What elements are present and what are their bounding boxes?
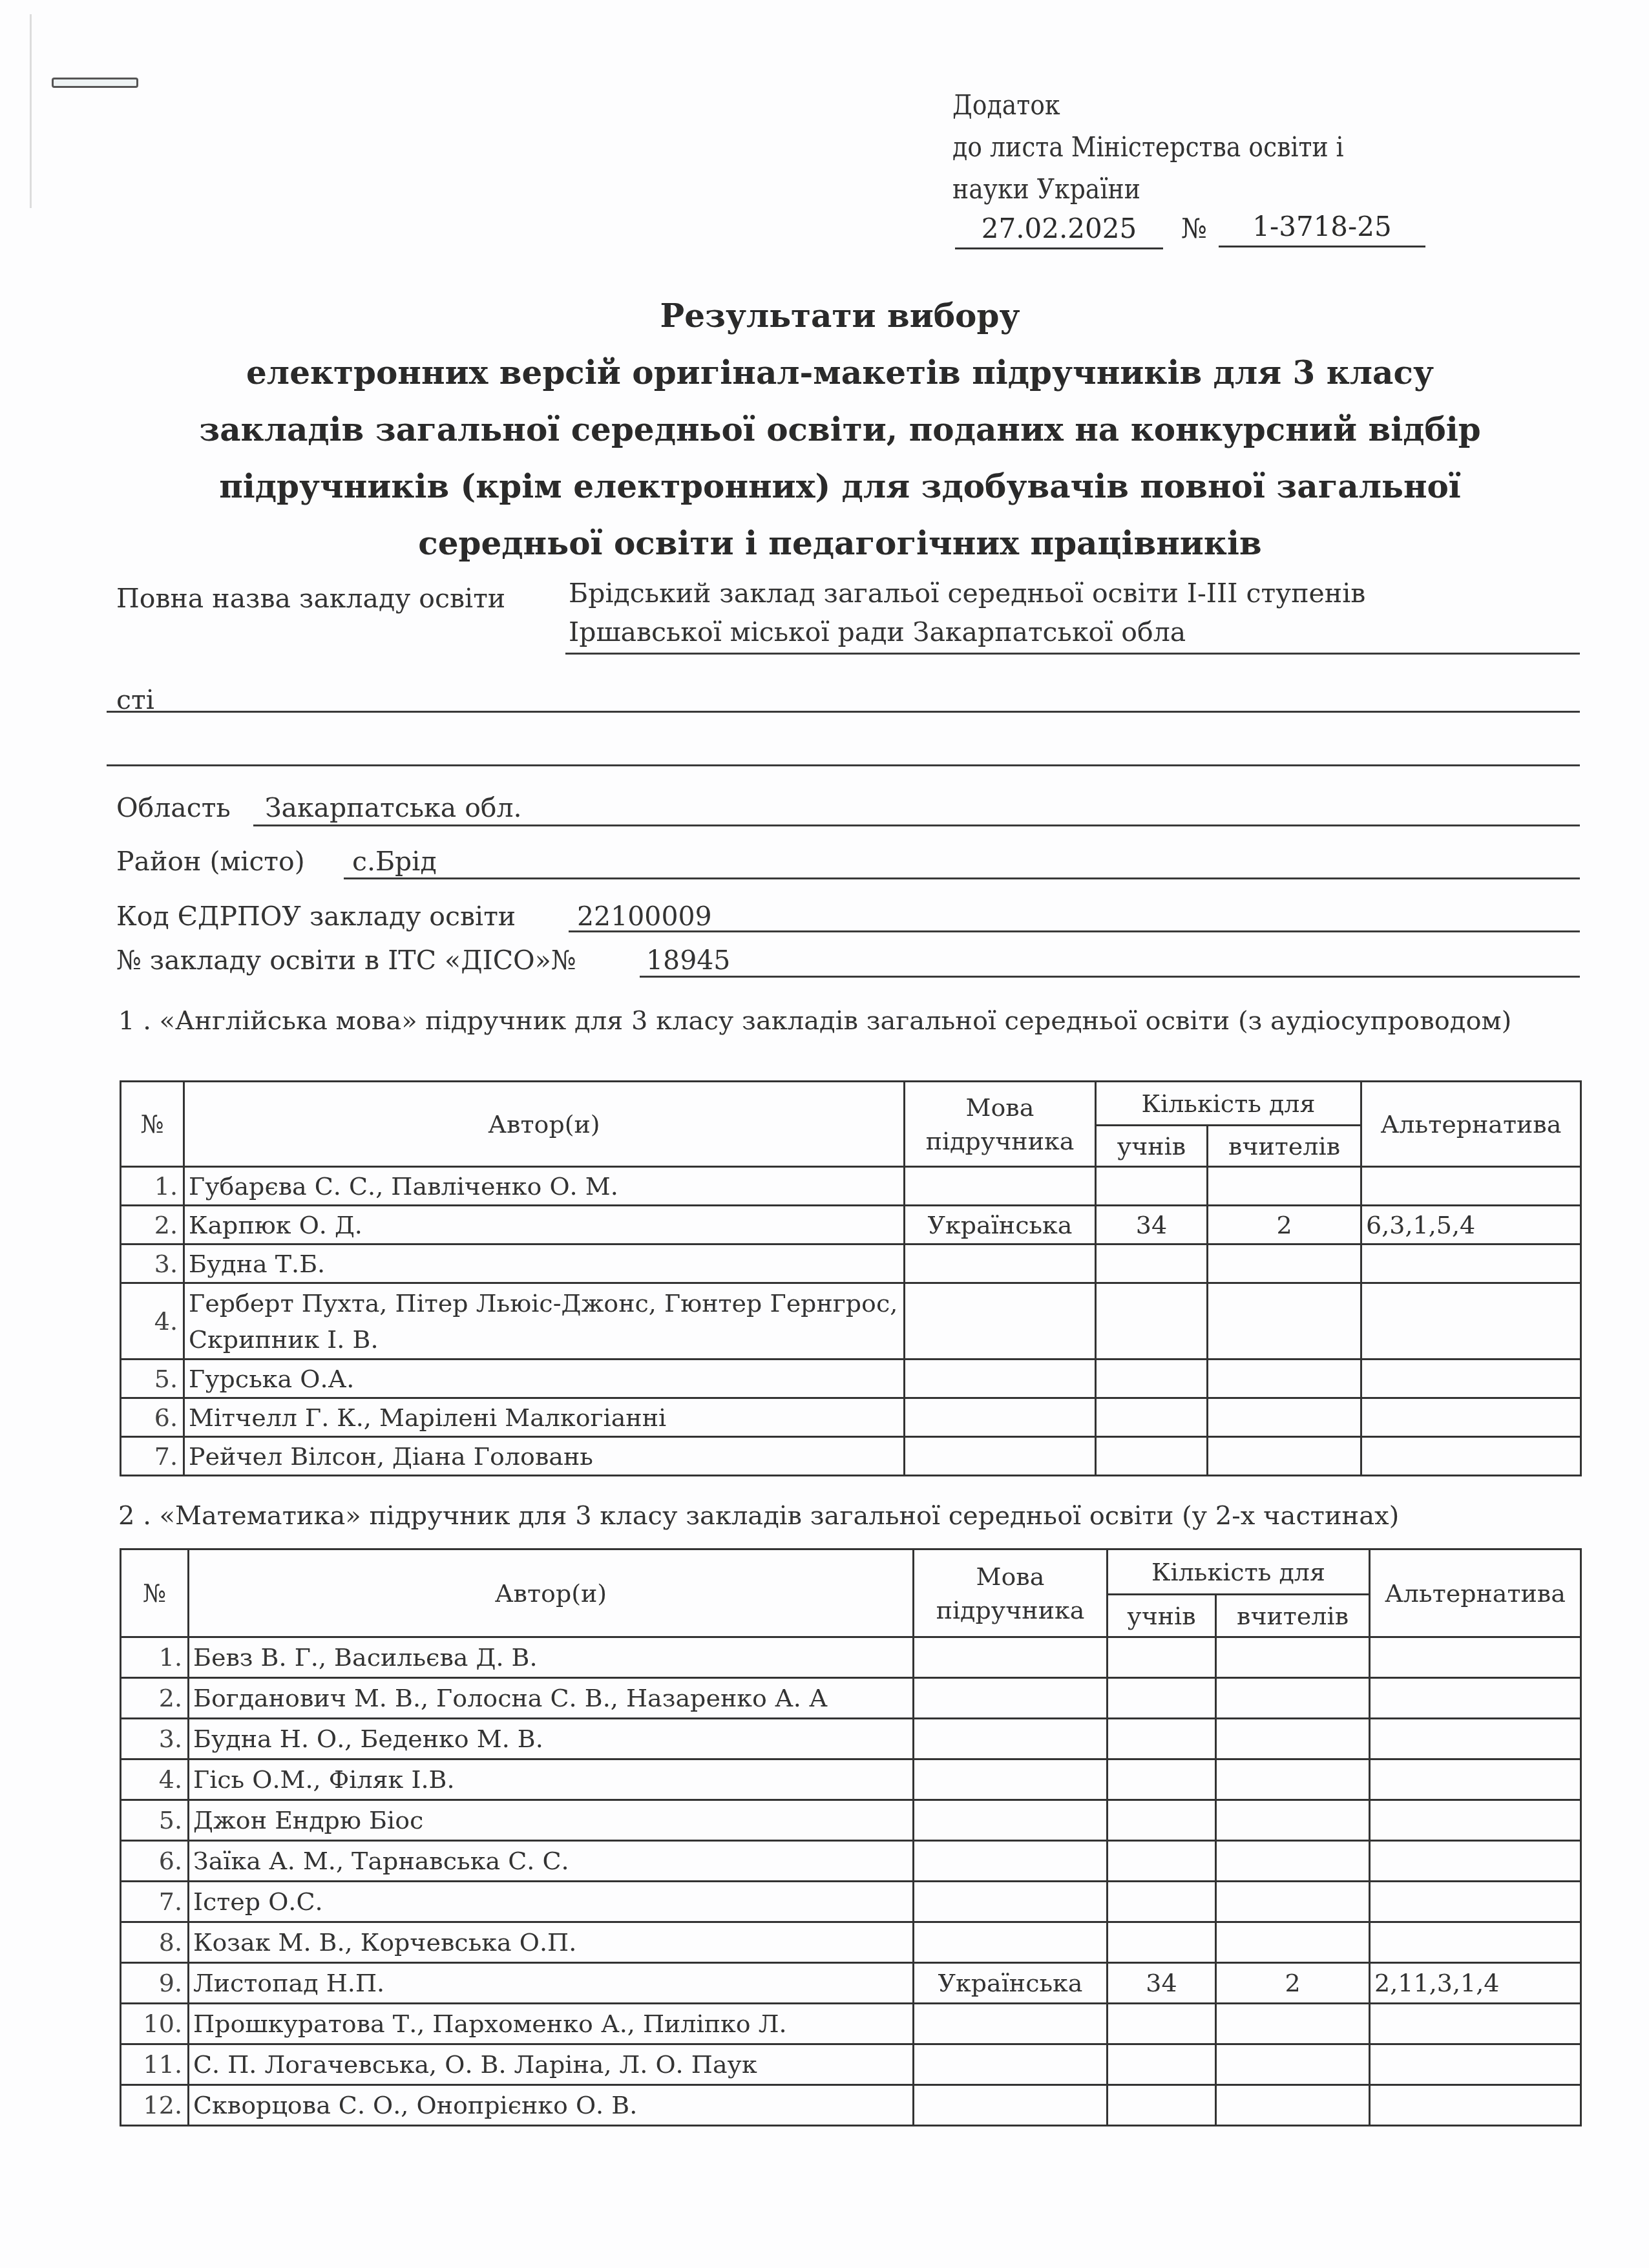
col-header-author: Автор(и): [184, 1082, 905, 1167]
teachers-count-cell: [1216, 2085, 1370, 2126]
col-header-num: №: [121, 1082, 184, 1167]
row-number: 5.: [121, 1800, 189, 1841]
teachers-count-cell: [1216, 1759, 1370, 1800]
row-number: 12.: [121, 2085, 189, 2126]
row-number: 1.: [121, 1167, 184, 1206]
alternative-cell: [1370, 1800, 1581, 1841]
addendum-line: Додаток: [952, 84, 1344, 126]
region-label: Область: [116, 790, 231, 826]
students-count-cell: [1108, 1800, 1216, 1841]
students-count-cell: [1108, 2004, 1216, 2044]
students-count-cell: [1096, 1437, 1208, 1476]
teachers-count-cell: [1208, 1360, 1361, 1398]
teachers-count-cell: [1216, 1841, 1370, 1882]
students-count-cell: [1108, 1719, 1216, 1759]
author-cell: Будна Н. О., Беденко М. В.: [189, 1719, 914, 1759]
language-cell: [914, 1678, 1108, 1719]
diso-label: № закладу освіти в ІТС «ДІСО»№: [116, 942, 576, 978]
row-number: 1.: [121, 1637, 189, 1678]
district-label: Район (місто): [116, 843, 305, 879]
underline: [640, 976, 1580, 978]
table-row: 2.Богданович М. В., Голосна С. В., Назар…: [121, 1678, 1581, 1719]
alternative-cell: [1370, 1637, 1581, 1678]
edrpou-value: 22100009: [577, 898, 712, 934]
underline: [344, 877, 1580, 879]
alternative-cell: [1361, 1360, 1581, 1398]
author-cell: Герберт Пухта, Пітер Льюіс-Джонс, Гюнтер…: [184, 1283, 905, 1360]
author-cell: Скворцова С. О., Онопрієнко О. В.: [189, 2085, 914, 2126]
author-cell: Листопад Н.П.: [189, 1963, 914, 2004]
alternative-cell: [1370, 1841, 1581, 1882]
table-row: 9.Листопад Н.П.Українська3422,11,3,1,4: [121, 1963, 1581, 2004]
language-cell: [905, 1398, 1096, 1437]
col-header-quantity: Кількість для: [1096, 1082, 1361, 1126]
language-cell: [914, 1637, 1108, 1678]
region-value: Закарпатська обл.: [265, 790, 522, 826]
col-header-num: №: [121, 1549, 189, 1637]
language-cell: [914, 1800, 1108, 1841]
author-cell: Карпюк О. Д.: [184, 1206, 905, 1244]
language-cell: [905, 1360, 1096, 1398]
col-header-teachers: вчителів: [1208, 1126, 1361, 1167]
edrpou-label: Код ЄДРПОУ закладу освіти: [116, 898, 516, 934]
col-header-alternative: Альтернатива: [1370, 1549, 1581, 1637]
col-header-language: Мова підручника: [914, 1549, 1108, 1637]
addendum-block: Додаток до листа Міністерства освіти і н…: [952, 84, 1344, 210]
teachers-count-cell: [1208, 1167, 1361, 1206]
alternative-cell: [1370, 1882, 1581, 1922]
row-number: 4.: [121, 1283, 184, 1360]
alternative-cell: [1370, 1719, 1581, 1759]
alternative-cell: [1370, 2004, 1581, 2044]
col-header-author: Автор(и): [189, 1549, 914, 1637]
letter-number: 1-3718-25: [1219, 208, 1425, 247]
teachers-count-cell: [1216, 2004, 1370, 2044]
alternative-cell: [1370, 2085, 1581, 2126]
author-cell: Джон Ендрю Біос: [189, 1800, 914, 1841]
teachers-count-cell: [1216, 1922, 1370, 1963]
author-cell: Рейчел Вілсон, Діана Головань: [184, 1437, 905, 1476]
full-name-label: Повна назва закладу освіти: [116, 580, 505, 616]
students-count-cell: [1096, 1360, 1208, 1398]
students-count-cell: [1096, 1167, 1208, 1206]
table-row: 10.Прошкуратова Т., Пархоменко А., Пиліп…: [121, 2004, 1581, 2044]
students-count-cell: 34: [1108, 1963, 1216, 2004]
underline: [565, 653, 1580, 655]
row-number: 11.: [121, 2044, 189, 2085]
col-header-students: учнів: [1108, 1595, 1216, 1637]
district-value: с.Брід: [352, 843, 437, 879]
section-1-caption: 1 . «Англійська мова» підручник для 3 кл…: [118, 1003, 1579, 1039]
students-count-cell: [1108, 1637, 1216, 1678]
row-number: 5.: [121, 1360, 184, 1398]
row-number: 7.: [121, 1437, 184, 1476]
staple-mark: [52, 78, 138, 88]
language-cell: [914, 2044, 1108, 2085]
students-count-cell: 34: [1096, 1206, 1208, 1244]
alternative-cell: 2,11,3,1,4: [1370, 1963, 1581, 2004]
teachers-count-cell: [1208, 1244, 1361, 1283]
table-row: 2.Карпюк О. Д.Українська3426,3,1,5,4: [121, 1206, 1581, 1244]
table-row: 5.Джон Ендрю Біос: [121, 1800, 1581, 1841]
table-row: 3.Будна Н. О., Беденко М. В.: [121, 1719, 1581, 1759]
author-cell: С. П. Логачевська, О. В. Ларіна, Л. О. П…: [189, 2044, 914, 2085]
addendum-line: науки України: [952, 168, 1344, 210]
language-cell: [914, 1882, 1108, 1922]
table-row: 3.Будна Т.Б.: [121, 1244, 1581, 1283]
alternative-cell: [1370, 1678, 1581, 1719]
table-row: 1.Губарєва С. С., Павліченко О. М.: [121, 1167, 1581, 1206]
students-count-cell: [1108, 1841, 1216, 1882]
col-header-students: учнів: [1096, 1126, 1208, 1167]
alternative-cell: [1361, 1167, 1581, 1206]
alternative-cell: [1361, 1398, 1581, 1437]
teachers-count-cell: [1216, 1637, 1370, 1678]
page-edge: [30, 14, 32, 208]
table-row: 4.Герберт Пухта, Пітер Льюіс-Джонс, Гюнт…: [121, 1283, 1581, 1360]
language-cell: [905, 1167, 1096, 1206]
row-number: 10.: [121, 2004, 189, 2044]
document-title: Результати вибору електронних версій ори…: [103, 288, 1577, 572]
language-cell: [914, 1759, 1108, 1800]
underline: [107, 764, 1580, 766]
language-cell: [914, 1922, 1108, 1963]
teachers-count-cell: [1216, 1800, 1370, 1841]
row-number: 3.: [121, 1719, 189, 1759]
underline: [107, 711, 1580, 713]
author-cell: Гурська О.А.: [184, 1360, 905, 1398]
teachers-count-cell: [1208, 1398, 1361, 1437]
teachers-count-cell: [1216, 1882, 1370, 1922]
row-number: 4.: [121, 1759, 189, 1800]
students-count-cell: [1096, 1244, 1208, 1283]
title-line: закладів загальної середньої освіти, под…: [103, 401, 1577, 458]
teachers-count-cell: 2: [1216, 1963, 1370, 2004]
author-cell: Гісь О.М., Філяк І.В.: [189, 1759, 914, 1800]
row-number: 7.: [121, 1882, 189, 1922]
students-count-cell: [1108, 1922, 1216, 1963]
table-row: 6.Мітчелл Г. К., Марілені Малкогіанні: [121, 1398, 1581, 1437]
row-number: 6.: [121, 1398, 184, 1437]
full-name-line2: Іршавської міської ради Закарпатської об…: [569, 614, 1186, 650]
teachers-count-cell: [1216, 1678, 1370, 1719]
underline: [569, 930, 1580, 932]
language-cell: [905, 1244, 1096, 1283]
teachers-count-cell: [1216, 2044, 1370, 2085]
author-cell: Богданович М. В., Голосна С. В., Назарен…: [189, 1678, 914, 1719]
language-cell: [914, 2085, 1108, 2126]
alternative-cell: 6,3,1,5,4: [1361, 1206, 1581, 1244]
students-count-cell: [1096, 1398, 1208, 1437]
alternative-cell: [1361, 1437, 1581, 1476]
students-count-cell: [1108, 1759, 1216, 1800]
author-cell: Будна Т.Б.: [184, 1244, 905, 1283]
table-row: 11.С. П. Логачевська, О. В. Ларіна, Л. О…: [121, 2044, 1581, 2085]
row-number: 9.: [121, 1963, 189, 2004]
author-cell: Мітчелл Г. К., Марілені Малкогіанні: [184, 1398, 905, 1437]
table-row: 1.Бевз В. Г., Васильєва Д. В.: [121, 1637, 1581, 1678]
addendum-line: до листа Міністерства освіти і: [952, 126, 1344, 168]
row-number: 3.: [121, 1244, 184, 1283]
language-cell: [914, 1719, 1108, 1759]
teachers-count-cell: [1216, 1719, 1370, 1759]
language-cell: [905, 1437, 1096, 1476]
author-cell: Бевз В. Г., Васильєва Д. В.: [189, 1637, 914, 1678]
table-row: 5.Гурська О.А.: [121, 1360, 1581, 1398]
table-row: 4.Гісь О.М., Філяк І.В.: [121, 1759, 1581, 1800]
author-cell: Заїка А. М., Тарнавська С. С.: [189, 1841, 914, 1882]
diso-value: 18945: [646, 942, 730, 978]
table-row: 6.Заїка А. М., Тарнавська С. С.: [121, 1841, 1581, 1882]
students-count-cell: [1108, 1882, 1216, 1922]
alternative-cell: [1370, 2044, 1581, 2085]
full-name-line1: Брідський заклад загальої середньої осві…: [569, 575, 1365, 611]
table-row: 7.Істер О.С.: [121, 1882, 1581, 1922]
alternative-cell: [1361, 1283, 1581, 1360]
alternative-cell: [1370, 1759, 1581, 1800]
letter-number-label: №: [1181, 210, 1207, 247]
col-header-teachers: вчителів: [1216, 1595, 1370, 1637]
author-cell: Прошкуратова Т., Пархоменко А., Пиліпко …: [189, 2004, 914, 2044]
english-textbooks-table: № Автор(и) Мова підручника Кількість для…: [120, 1080, 1582, 1476]
math-textbooks-table: № Автор(и) Мова підручника Кількість для…: [120, 1548, 1582, 2126]
teachers-count-cell: [1208, 1437, 1361, 1476]
title-line: середньої освіти і педагогічних працівни…: [103, 515, 1577, 572]
students-count-cell: [1108, 2085, 1216, 2126]
row-number: 2.: [121, 1678, 189, 1719]
table-row: 12.Скворцова С. О., Онопрієнко О. В.: [121, 2085, 1581, 2126]
col-header-quantity: Кількість для: [1108, 1549, 1370, 1595]
language-cell: Українська: [914, 1963, 1108, 2004]
teachers-count-cell: 2: [1208, 1206, 1361, 1244]
title-line: електронних версій оригінал-макетів підр…: [103, 344, 1577, 401]
table-row: 7.Рейчел Вілсон, Діана Головань: [121, 1437, 1581, 1476]
row-number: 8.: [121, 1922, 189, 1963]
students-count-cell: [1096, 1283, 1208, 1360]
section-2-caption: 2 . «Математика» підручник для 3 класу з…: [118, 1498, 1579, 1534]
language-cell: Українська: [905, 1206, 1096, 1244]
letter-date: 27.02.2025: [955, 210, 1163, 249]
students-count-cell: [1108, 1678, 1216, 1719]
author-cell: Козак М. В., Корчевська О.П.: [189, 1922, 914, 1963]
underline: [253, 824, 1580, 826]
row-number: 6.: [121, 1841, 189, 1882]
language-cell: [905, 1283, 1096, 1360]
teachers-count-cell: [1208, 1283, 1361, 1360]
language-cell: [914, 2004, 1108, 2044]
title-line: Результати вибору: [103, 288, 1577, 344]
language-cell: [914, 1841, 1108, 1882]
author-cell: Губарєва С. С., Павліченко О. М.: [184, 1167, 905, 1206]
alternative-cell: [1361, 1244, 1581, 1283]
author-cell: Істер О.С.: [189, 1882, 914, 1922]
title-line: підручників (крім електронних) для здобу…: [103, 458, 1577, 515]
row-number: 2.: [121, 1206, 184, 1244]
col-header-language: Мова підручника: [905, 1082, 1096, 1167]
students-count-cell: [1108, 2044, 1216, 2085]
alternative-cell: [1370, 1922, 1581, 1963]
table-row: 8.Козак М. В., Корчевська О.П.: [121, 1922, 1581, 1963]
col-header-alternative: Альтернатива: [1361, 1082, 1581, 1167]
